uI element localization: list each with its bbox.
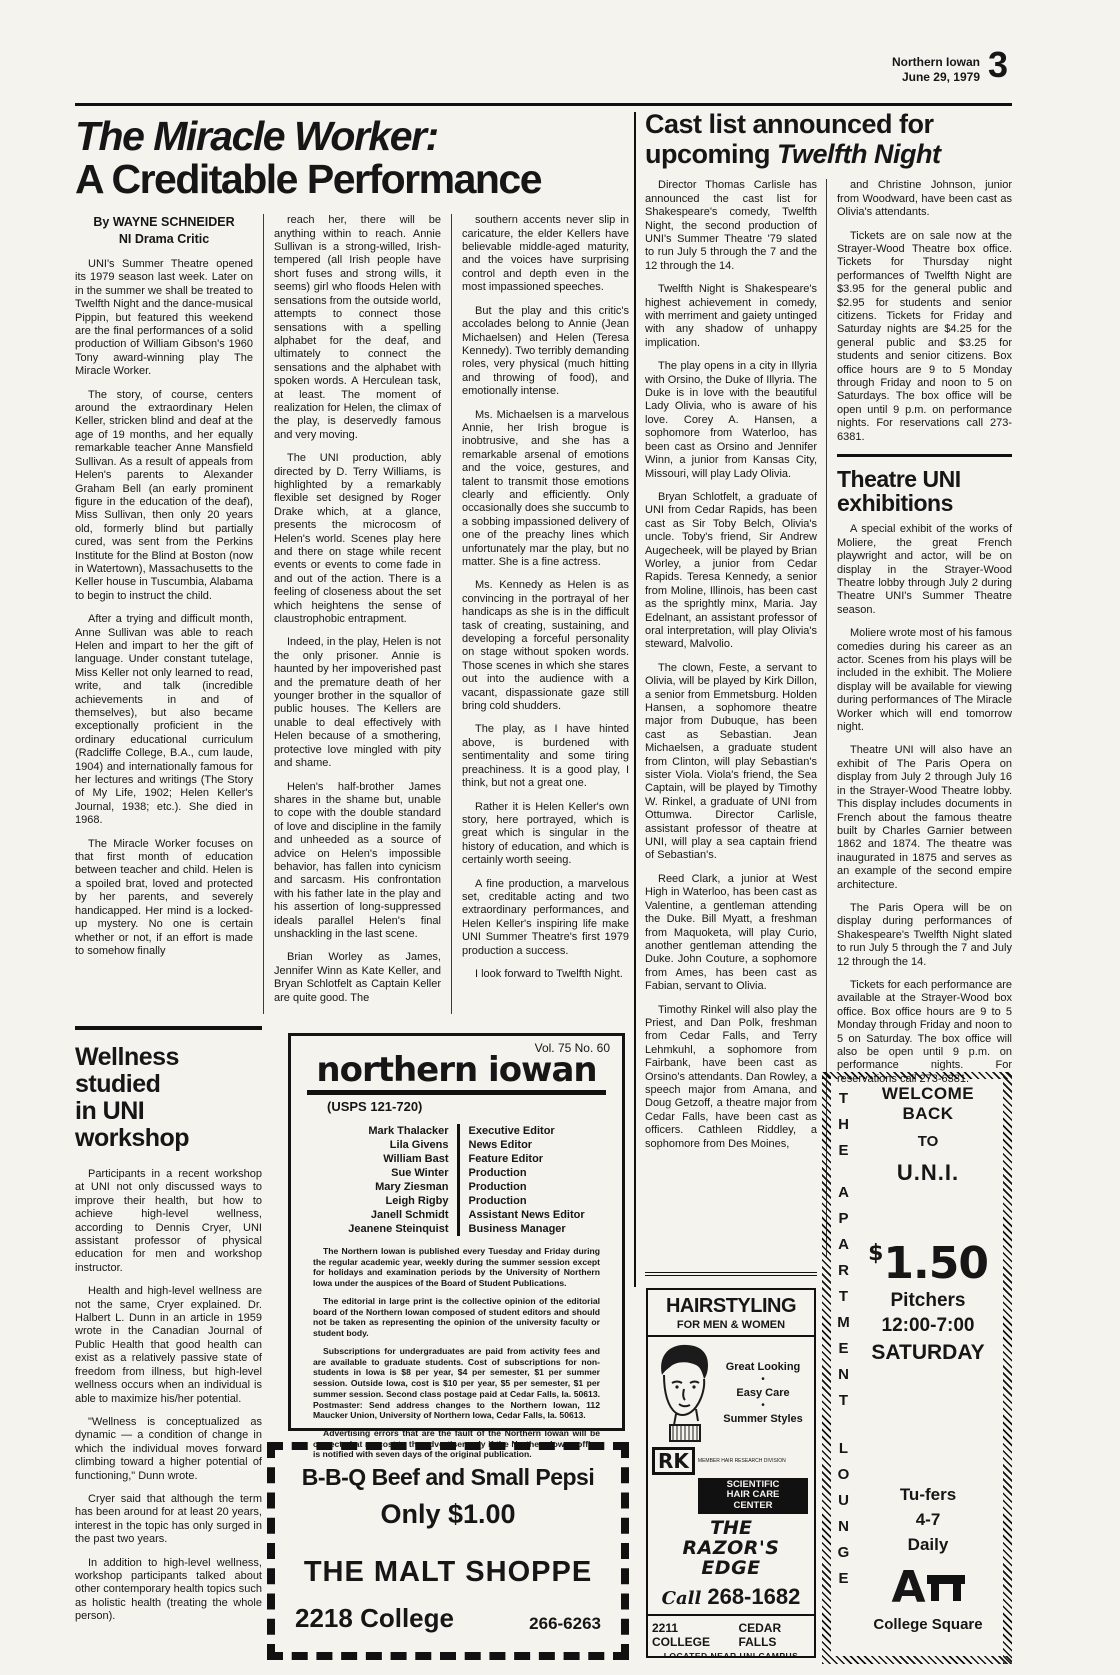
vertical-word-lounge: LOUNGE	[835, 1436, 852, 1592]
vertical-business-name: THE APARTMENT LOUNGE	[835, 1086, 852, 1608]
paragraph: southern accents never slip in caricatur…	[462, 214, 629, 294]
staff-list: Mark ThalackerExecutive EditorLila Given…	[307, 1124, 607, 1236]
staff-title: Production	[460, 1166, 527, 1180]
malt-shoppe-ad: B-B-Q Beef and Small Pepsi Only $1.00 TH…	[267, 1442, 629, 1660]
paragraph: Indeed, in the play, Helen is not the on…	[274, 636, 441, 770]
special-days: Daily	[856, 1533, 1000, 1558]
ad-rule	[648, 1335, 814, 1337]
razors-edge-ad: HAIRSTYLING FOR MEN & WOMEN Great Lookin…	[646, 1288, 816, 1658]
special-name: Tu-fers	[856, 1483, 1000, 1508]
cast-headline-play-title: Twelfth Night	[777, 139, 940, 169]
vertical-letter: L	[835, 1436, 852, 1462]
paragraph: The story, of course, centers around the…	[75, 389, 253, 604]
staff-row: Jeanene SteinquistBusiness Manager	[307, 1222, 607, 1236]
paragraph: I look forward to Twelfth Night.	[462, 968, 629, 981]
staff-row: Leigh RigbyProduction	[307, 1194, 607, 1208]
vertical-letter: M	[835, 1310, 852, 1336]
vertical-letter: R	[835, 1258, 852, 1284]
paragraph: Brian Worley as James, Jennifer Winn as …	[274, 951, 441, 1005]
vertical-letter: E	[835, 1566, 852, 1592]
paragraph: The clown, Feste, a servant to Olivia, w…	[645, 662, 817, 863]
ad-offer-line2: Only $1.00	[275, 1499, 621, 1530]
ad-offer-line1: B-B-Q Beef and Small Pepsi	[275, 1464, 621, 1491]
paragraph: The Paris Opera will be on display durin…	[837, 902, 1012, 969]
ad-location-tagline: LOCATED NEAR UNI CAMPUS	[652, 1651, 810, 1658]
staff-row: Sue WinterProduction	[307, 1166, 607, 1180]
badge-line3: CENTER	[699, 1501, 807, 1512]
wellness-article: Wellness studied in UNI workshop Partici…	[75, 1026, 262, 1634]
paragraph: Timothy Rinkel will also play the Priest…	[645, 1004, 817, 1151]
rk-tagline: MEMBER HAIR RESEARCH DIVISION	[698, 1458, 786, 1464]
staff-title: Business Manager	[460, 1222, 566, 1236]
paragraph: reach her, there will be anything within…	[274, 214, 441, 442]
vertical-word-the: THE	[835, 1086, 852, 1164]
price-number: 1.50	[883, 1238, 988, 1289]
ad-business-name: THE MALT SHOPPE	[275, 1556, 621, 1589]
bullet-dot: •	[761, 1378, 765, 1382]
price-dollar-sign: $	[868, 1241, 883, 1266]
exhibitions-headline-line1: Theatre UNI	[837, 466, 961, 492]
ad-rule	[648, 1614, 814, 1616]
staff-row: Mark ThalackerExecutive Editor	[307, 1124, 607, 1138]
vertical-letter: A	[835, 1232, 852, 1258]
ad-subheading: FOR MEN & WOMEN	[652, 1319, 810, 1331]
paragraph: Reed Clark, a junior at West High in Wat…	[645, 873, 817, 994]
paragraph: UNI's Summer Theatre opened its 1979 sea…	[75, 258, 253, 379]
newspaper-page: Northern Iowan June 29, 1979 3 The Mirac…	[0, 0, 1120, 1675]
cast-headline-line2: upcoming	[645, 139, 777, 169]
staff-title: Feature Editor	[460, 1152, 544, 1166]
issue-date: June 29, 1979	[830, 70, 980, 85]
scientific-hair-care-badge: SCIENTIFIC HAIR CARE CENTER	[698, 1478, 808, 1515]
vertical-letter: N	[835, 1514, 852, 1540]
byline: By WAYNE SCHNEIDER NI Drama Critic	[75, 214, 253, 248]
feature-text: Great Looking	[726, 1361, 801, 1373]
feature-text: Summer Styles	[723, 1413, 802, 1425]
miracle-worker-article: The Miracle Worker: A Creditable Perform…	[75, 115, 633, 1014]
vertical-letter: A	[835, 1180, 852, 1206]
header-paper-info: Northern Iowan June 29, 1979	[830, 55, 980, 85]
wellness-headline-line2: in UNI workshop	[75, 1097, 189, 1152]
paragraph: Rather it is Helen Keller's own story, h…	[462, 801, 629, 868]
byline-author: By WAYNE SCHNEIDER	[75, 214, 253, 231]
end-of-column-rule	[645, 1272, 817, 1276]
price-item: Pitchers	[856, 1289, 1000, 1314]
article-headline: The Miracle Worker: A Creditable Perform…	[75, 115, 633, 200]
masthead-box: Vol. 75 No. 60 northern iowan (USPS 121-…	[288, 1033, 625, 1431]
header-rule	[75, 103, 1012, 106]
cast-column-b-text: and Christine Johnson, junior from Woodw…	[837, 179, 1012, 444]
staff-name: Lila Givens	[307, 1138, 460, 1152]
ad-business-name: THE RAZOR'S EDGE	[652, 1519, 810, 1579]
staff-title: Assistant News Editor	[460, 1208, 585, 1222]
paragraph: But the play and this critic's accolades…	[462, 305, 629, 399]
rk-logo-row: RK MEMBER HAIR RESEARCH DIVISION	[652, 1447, 810, 1475]
staff-name: Jeanene Steinquist	[307, 1222, 460, 1236]
bullet-dot: •	[761, 1404, 765, 1408]
vertical-word-apartment: APARTMENT	[835, 1180, 852, 1414]
squiggle-border-bottom	[822, 1656, 1012, 1664]
ad-phone-row: Call 268-1682	[652, 1584, 810, 1610]
paragraph: The Miracle Worker focuses on that first…	[75, 838, 253, 959]
special-block: Tu-fers 4-7 Daily	[856, 1483, 1000, 1557]
masthead-rule	[307, 1090, 606, 1095]
vertical-letter: T	[835, 1284, 852, 1310]
staff-title: News Editor	[460, 1138, 533, 1152]
ad-content: WELCOME BACK TO U.N.I. $1.50 Pitchers 12…	[856, 1084, 1000, 1633]
masthead-fine-print: The Northern Iowan is published every Tu…	[313, 1246, 600, 1460]
ad-heading: HAIRSTYLING	[652, 1295, 810, 1318]
column-1-text: UNI's Summer Theatre opened its 1979 sea…	[75, 258, 253, 958]
squiggle-border-right	[1003, 1072, 1012, 1664]
logo-letter-a: A	[891, 1569, 925, 1606]
paragraph: Participants in a recent workshop at UNI…	[75, 1168, 262, 1275]
paper-name: Northern Iowan	[830, 55, 980, 70]
vertical-letter: T	[835, 1086, 852, 1112]
price-hours: 12:00-7:00	[856, 1314, 1000, 1339]
ad-address-row: 2211 COLLEGE CEDAR FALLS	[652, 1621, 810, 1649]
ad-contact-row: 2218 College 266-6263	[275, 1589, 621, 1634]
vertical-letter: E	[835, 1138, 852, 1164]
exhibitions-text: A special exhibit of the works of Molier…	[837, 523, 1012, 1086]
ad-address: 2218 College	[295, 1603, 454, 1634]
apartment-lounge-logo: A	[856, 1569, 1000, 1610]
column-divider	[634, 112, 636, 1287]
ad-address-street: 2211 COLLEGE	[652, 1621, 726, 1649]
usps-number: (USPS 121-720)	[327, 1099, 612, 1114]
mans-face-illustration	[652, 1341, 716, 1445]
byline-title: NI Drama Critic	[75, 231, 253, 248]
staff-name: William Bast	[307, 1152, 460, 1166]
welcome-line2: TO	[856, 1133, 1000, 1150]
wellness-headline: Wellness studied in UNI workshop	[75, 1044, 262, 1152]
welcome-line1: WELCOME BACK	[856, 1084, 1000, 1124]
staff-row: Lila GivensNews Editor	[307, 1138, 607, 1152]
squiggle-border-left	[822, 1072, 831, 1664]
staff-row: William BastFeature Editor	[307, 1152, 607, 1166]
paragraph: Twelfth Night is Shakespeare's highest a…	[645, 283, 817, 350]
paragraph: In addition to high-level wellness, work…	[75, 1557, 262, 1624]
staff-name: Leigh Rigby	[307, 1194, 460, 1208]
paragraph: "Wellness is conceptualized as dynamic —…	[75, 1416, 262, 1483]
wellness-text: Participants in a recent workshop at UNI…	[75, 1168, 262, 1624]
staff-title: Production	[460, 1194, 527, 1208]
cast-headline: Cast list announced for upcoming Twelfth…	[645, 110, 1012, 169]
article-column-3: southern accents never slip in caricatur…	[451, 214, 629, 1014]
call-label: Call	[662, 1588, 702, 1609]
masthead-logo: northern iowan	[301, 1053, 612, 1087]
paragraph: Bryan Schlotfelt, a graduate of UNI from…	[645, 491, 817, 652]
business-name-line1: THE	[652, 1519, 810, 1539]
ad-middle-row: Great Looking•Easy Care•Summer Styles	[652, 1341, 810, 1445]
paragraph: The Northern Iowan is published every Tu…	[313, 1246, 600, 1289]
paragraph: Ms. Kennedy as Helen is as convincing in…	[462, 579, 629, 713]
paragraph: A special exhibit of the works of Molier…	[837, 523, 1012, 617]
rk-logo: RK	[652, 1447, 695, 1475]
paragraph: After a trying and difficult month, Anne…	[75, 613, 253, 828]
article-columns: By WAYNE SCHNEIDER NI Drama Critic UNI's…	[75, 214, 633, 1014]
ad-address-city: CEDAR FALLS	[738, 1621, 810, 1649]
welcome-line3: U.N.I.	[856, 1160, 1000, 1186]
staff-title: Production	[460, 1180, 527, 1194]
special-hours: 4-7	[856, 1508, 1000, 1533]
staff-row: Janell SchmidtAssistant News Editor	[307, 1208, 607, 1222]
exhibitions-headline: Theatre UNI exhibitions	[837, 467, 1012, 515]
ad-phone: 266-6263	[529, 1614, 601, 1634]
wellness-headline-line1: Wellness studied	[75, 1043, 179, 1098]
page-number: 3	[988, 44, 1008, 86]
apartment-lounge-ad: THE APARTMENT LOUNGE WELCOME BACK TO U.N…	[822, 1072, 1012, 1664]
business-name-line2: RAZOR'S EDGE	[652, 1539, 810, 1579]
vertical-letter: P	[835, 1206, 852, 1232]
paragraph: The UNI production, ably directed by D. …	[274, 452, 441, 626]
cast-headline-line1: Cast list announced for	[645, 109, 934, 139]
ad-feature-list: Great Looking•Easy Care•Summer Styles	[716, 1341, 810, 1445]
ad-phone: 268-1682	[707, 1584, 800, 1610]
paragraph: and Christine Johnson, junior from Woodw…	[837, 179, 1012, 219]
section-rule	[75, 1026, 262, 1030]
article-column-1: By WAYNE SCHNEIDER NI Drama Critic UNI's…	[75, 214, 253, 1014]
paragraph: Tickets for each performance are availab…	[837, 979, 1012, 1086]
vertical-letter: T	[835, 1388, 852, 1414]
headline-line1: The Miracle Worker:	[75, 113, 438, 159]
paragraph: The play opens in a city in Illyria with…	[645, 360, 817, 481]
logo-table-shape	[927, 1575, 965, 1610]
section-rule	[837, 454, 1012, 457]
article-column-2: reach her, there will be anything within…	[263, 214, 441, 1014]
staff-name: Janell Schmidt	[307, 1208, 460, 1222]
paragraph: Director Thomas Carlisle has announced t…	[645, 179, 817, 273]
paragraph: Health and high-level wellness are not t…	[75, 1285, 262, 1406]
staff-title: Executive Editor	[460, 1124, 555, 1138]
paragraph: Subscriptions for undergraduates are pai…	[313, 1346, 600, 1421]
vertical-letter: O	[835, 1462, 852, 1488]
paragraph: A fine production, a marvelous set, cred…	[462, 878, 629, 958]
staff-name: Mark Thalacker	[307, 1124, 460, 1138]
staff-name: Sue Winter	[307, 1166, 460, 1180]
staff-row: Mary ZiesmanProduction	[307, 1180, 607, 1194]
paragraph: Theatre UNI will also have an exhibit of…	[837, 744, 1012, 891]
exhibitions-headline-line2: exhibitions	[837, 490, 953, 516]
vertical-letter: U	[835, 1488, 852, 1514]
paragraph: Tickets are on sale now at the Strayer-W…	[837, 230, 1012, 445]
vertical-letter: N	[835, 1362, 852, 1388]
ad-location: College Square	[856, 1616, 1000, 1633]
vertical-letter: H	[835, 1112, 852, 1138]
paragraph: The play, as I have hinted above, is bur…	[462, 723, 629, 790]
vertical-letter: G	[835, 1540, 852, 1566]
squiggle-border-top	[822, 1072, 1012, 1079]
paragraph: Moliere wrote most of his famous comedie…	[837, 627, 1012, 734]
paragraph: Cryer said that although the term has be…	[75, 1493, 262, 1547]
price: $1.50	[856, 1238, 1000, 1289]
cast-column-a: Director Thomas Carlisle has announced t…	[645, 179, 817, 1257]
price-day: SATURDAY	[856, 1341, 1000, 1365]
paragraph: The editorial in large print is the coll…	[313, 1296, 600, 1339]
vertical-letter: E	[835, 1336, 852, 1362]
feature-text: Easy Care	[736, 1387, 789, 1399]
staff-name: Mary Ziesman	[307, 1180, 460, 1194]
paragraph: Helen's half-brother James shares in the…	[274, 781, 441, 942]
paragraph: Ms. Michaelsen is a marvelous Annie, her…	[462, 409, 629, 570]
headline-line2: A Creditable Performance	[75, 156, 541, 202]
